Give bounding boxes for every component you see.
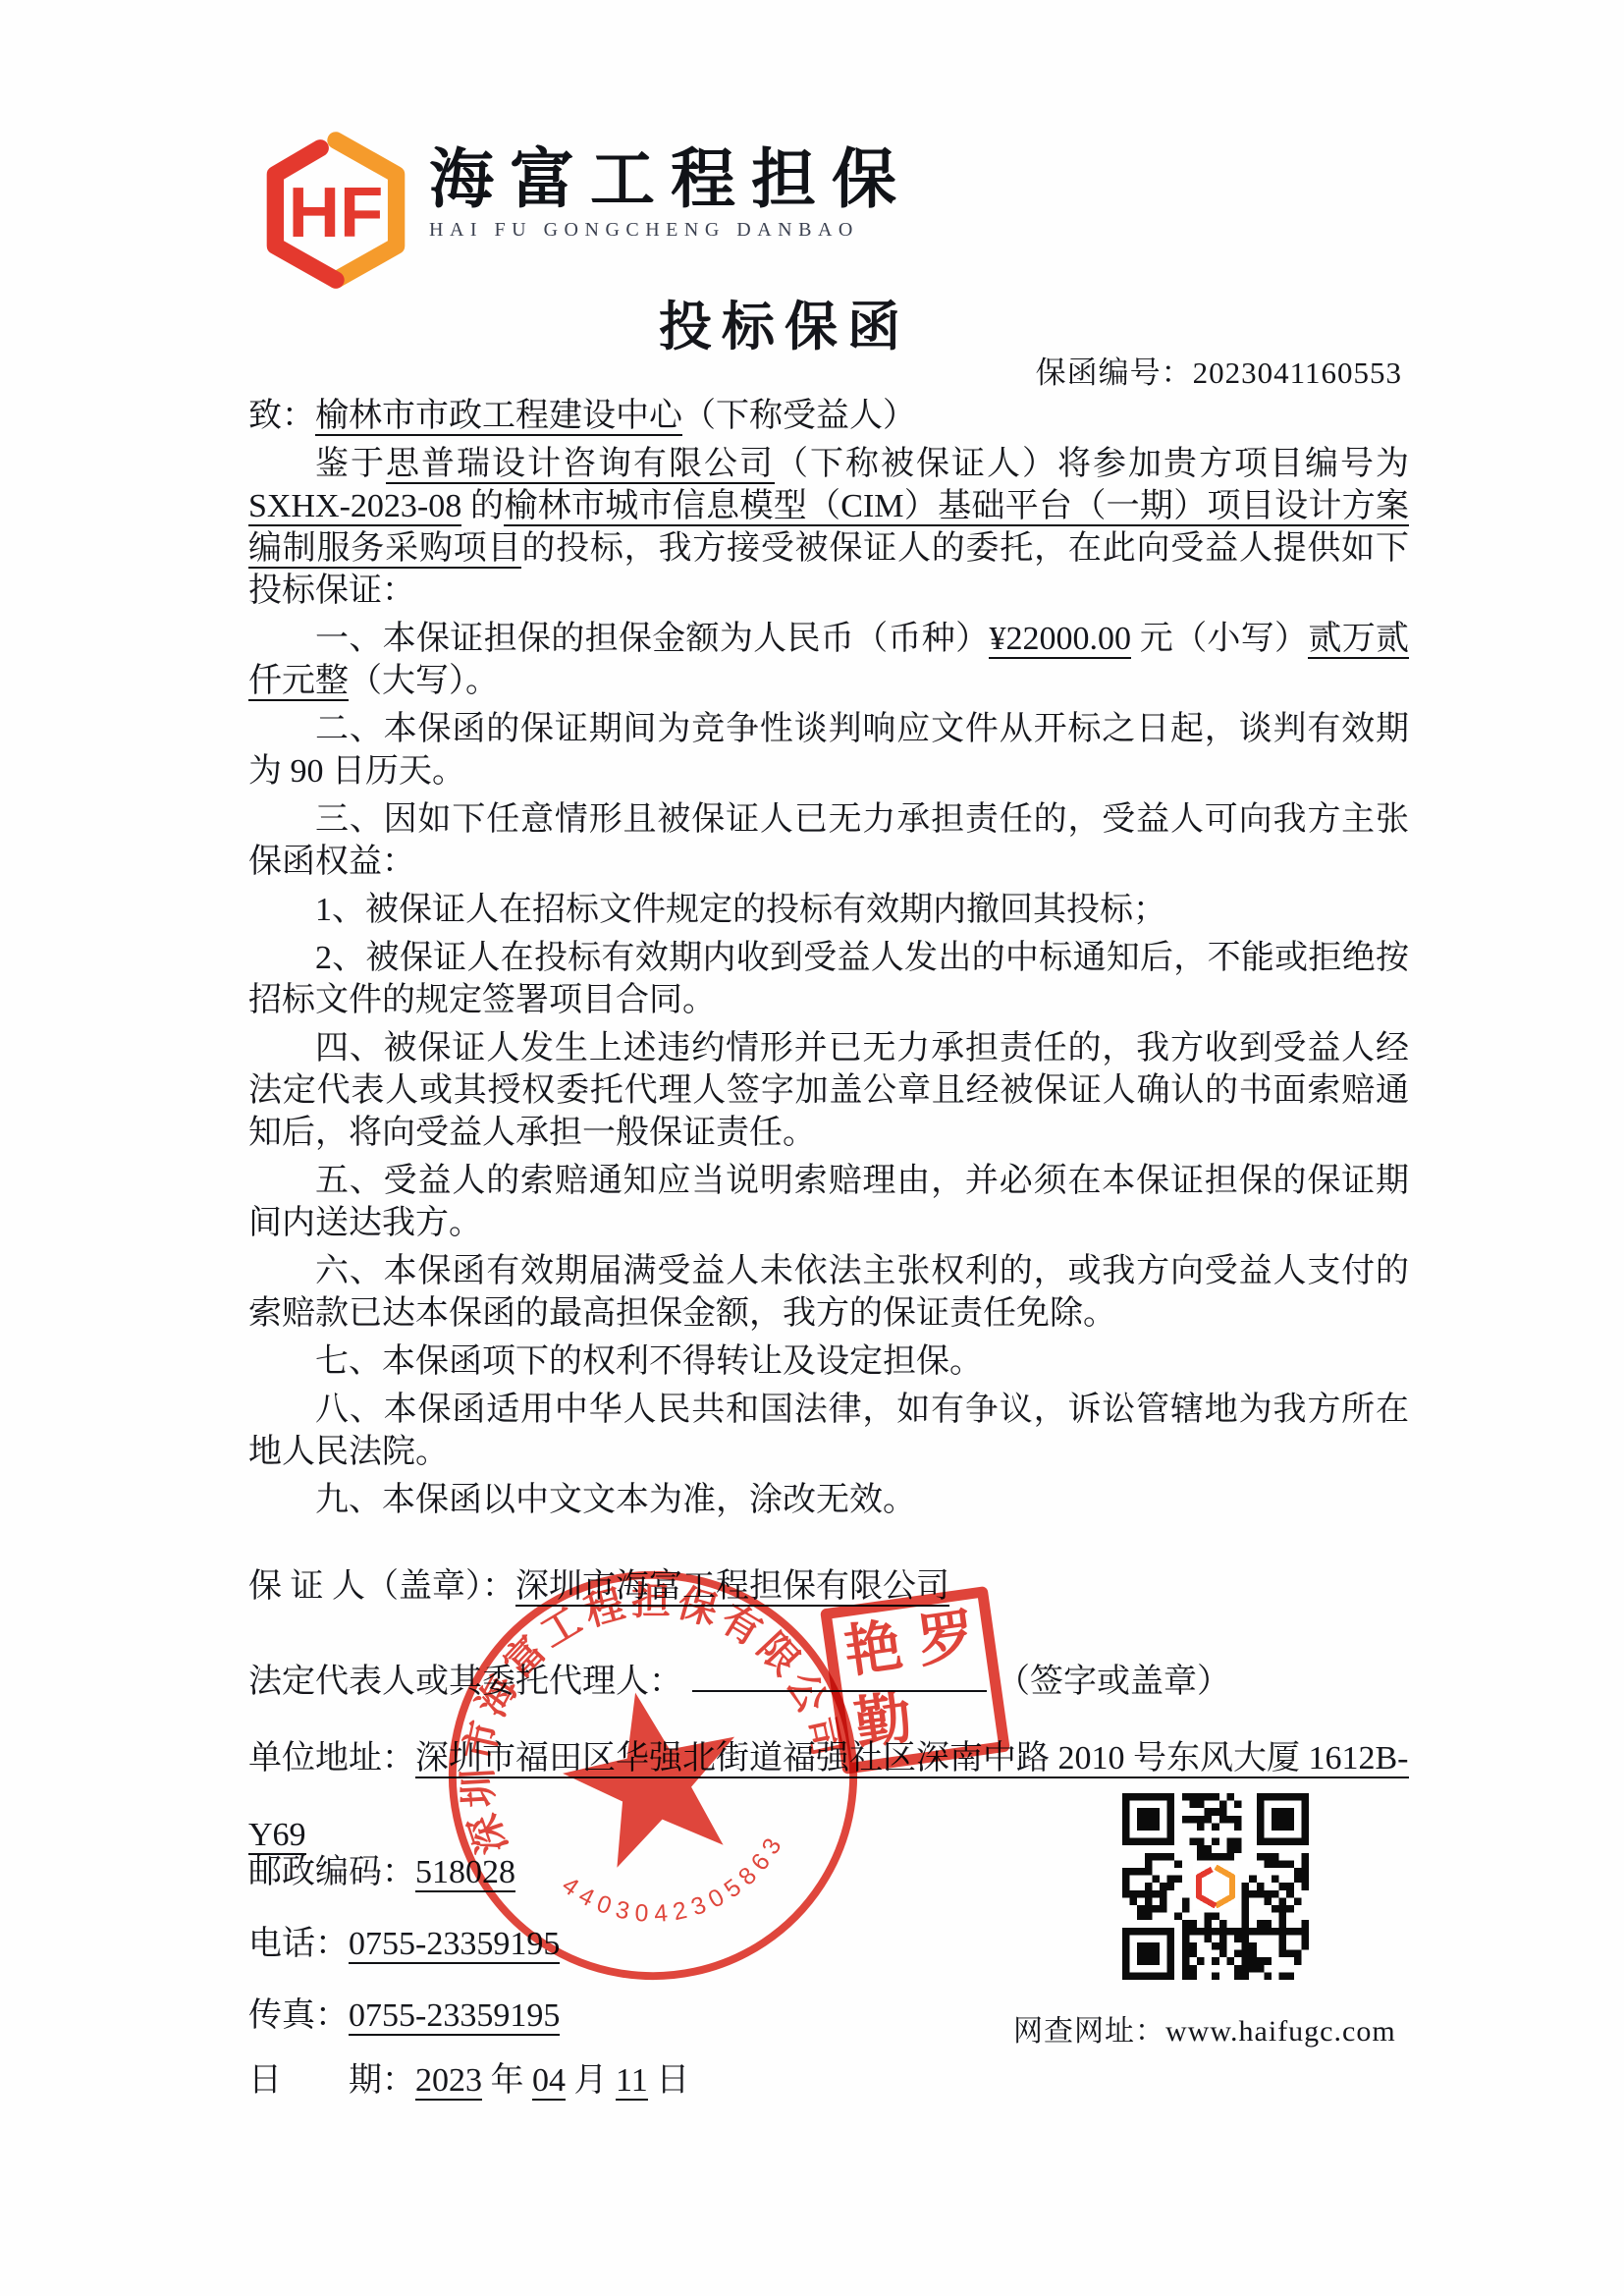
underlined-text: 11 [616, 2062, 648, 2101]
text-run: （签字或盖章） [997, 1664, 1230, 1700]
underlined-text: 518028 [415, 1854, 515, 1892]
text-run: 六、本保函有效期届满受益人未依法主张权利的，或我方向受益人支付的索赔款已达本保函… [248, 1253, 1409, 1332]
signature-blank-line [692, 1657, 987, 1692]
clause-8: 八、本保函适用中华人民共和国法律，如有争议，诉讼管辖地为我方所在地人民法院。 [248, 1389, 1409, 1473]
text-run: 五、受益人的索赔通知应当说明索赔理由，并必须在本保证担保的保证期间内送达我方。 [248, 1163, 1409, 1241]
scanned-guarantee-letter: HF 海富工程担保 HAI FU GONGCHENG DANBAO 投标保函 保… [0, 0, 1624, 2296]
addressee-line: 致：榆林市市政工程建设中心（下称受益人） [248, 395, 1409, 437]
text-run: 年 [482, 2062, 532, 2099]
underlined-text: 04 [532, 2062, 566, 2101]
brand-subtitle: HAI FU GONGCHENG DANBAO [429, 219, 912, 242]
guarantee-number-label: 保函编号： [1036, 355, 1193, 390]
subclause-3-1: 1、被保证人在招标文件规定的投标有效期内撤回其投标； [248, 889, 1409, 931]
text-run: 保 证 人（盖章）： [248, 1568, 515, 1605]
underlined-text: 榆林市市政工程建设中心 [315, 398, 682, 436]
underlined-text: 0755-23359195 [349, 1997, 560, 2036]
clause-5: 五、受益人的索赔通知应当说明索赔理由，并必须在本保证担保的保证期间内送达我方。 [248, 1160, 1409, 1244]
subclause-3-2: 2、被保证人在投标有效期内收到受益人发出的中标通知后，不能或拒绝按招标文件的规定… [248, 937, 1409, 1021]
letter-body: 致：榆林市市政工程建设中心（下称受益人） 鉴于思普瑞设计咨询有限公司（下称被保证… [248, 395, 1409, 1527]
text-run: 九、本保函以中文文本为准，涂改无效。 [315, 1482, 916, 1518]
text-run: 日 期： [248, 2062, 415, 2099]
clause-1: 一、本保证担保的担保金额为人民币（币种）¥22000.00 元（小写）贰万贰仟元… [248, 618, 1409, 702]
text-run: 致： [248, 398, 315, 434]
text-run: 一、本保证担保的担保金额为人民币（币种） [315, 621, 989, 657]
text-run: （大写）。 [349, 663, 499, 699]
clause-3: 三、因如下任意情形且被保证人已无力承担责任的，受益人可向我方主张保函权益： [248, 798, 1409, 883]
text-run: 鉴于 [315, 446, 386, 482]
text-run: 传真： [248, 1997, 349, 2034]
clause-9: 九、本保函以中文文本为准，涂改无效。 [248, 1479, 1409, 1521]
qr-code [1122, 1793, 1309, 1980]
clause-4: 四、被保证人发生上述违约情形并已无力承担责任的，我方收到受益人经法定代表人或其授… [248, 1027, 1409, 1154]
company-logo: HF 海富工程担保 HAI FU GONGCHENG DANBAO [258, 132, 912, 289]
underlined-text: 0755-23359195 [349, 1926, 560, 1964]
text-run: 八、本保函适用中华人民共和国法律，如有争议，诉讼管辖地为我方所在地人民法院。 [248, 1392, 1409, 1470]
text-run: （下称被保证人）将参加贵方项目编号为 [775, 446, 1409, 482]
underlined-text: SXHX-2023-08 [248, 488, 461, 526]
guarantee-number-line: 保函编号：2023041160553 [1036, 348, 1402, 392]
text-run: 2、被保证人在投标有效期内收到受益人发出的中标通知后，不能或拒绝按招标文件的规定… [248, 940, 1409, 1018]
brand-text-block: 海富工程担保 HAI FU GONGCHENG DANBAO [429, 145, 912, 242]
guarantee-number-value: 2023041160553 [1193, 355, 1402, 390]
text-run: 单位地址： [248, 1740, 415, 1777]
legal-rep-line: 法定代表人或其委托代理人：（签字或盖章） [248, 1657, 1409, 1705]
text-run: 1、被保证人在招标文件规定的投标有效期内撤回其投标； [315, 892, 1166, 928]
guarantor-line: 保 证 人（盖章）：深圳市海富工程担保有限公司 [248, 1564, 1409, 1610]
qr-caption: 网查网址：www.haifugc.com [1013, 2006, 1396, 2050]
date-line: 日 期：2023 年 04 月 11 日 [248, 2058, 1409, 2104]
hexagon-logo-icon: HF [258, 132, 413, 289]
clause-2: 二、本保函的保证期间为竞争性谈判响应文件从开标之日起，谈判有效期为 90 日历天… [248, 708, 1409, 793]
clause-7: 七、本保函项下的权利不得转让及设定担保。 [248, 1340, 1409, 1383]
text-run: 法定代表人或其委托代理人： [248, 1664, 682, 1700]
text-run: 七、本保函项下的权利不得转让及设定担保。 [315, 1343, 983, 1380]
clause-6: 六、本保函有效期届满受益人未依法主张权利的，或我方向受益人支付的索赔款已达本保函… [248, 1250, 1409, 1335]
text-run: 的 [461, 488, 504, 524]
text-run: （下称受益人） [682, 398, 916, 434]
qr-center-logo-icon [1193, 1864, 1238, 1909]
text-run: 邮政编码： [248, 1854, 415, 1890]
brand-name: 海富工程担保 [429, 145, 912, 217]
underlined-text: 思普瑞设计咨询有限公司 [386, 446, 775, 484]
underlined-text: 2023 [415, 2062, 482, 2101]
whereas-clause: 鉴于思普瑞设计咨询有限公司（下称被保证人）将参加贵方项目编号为SXHX-2023… [248, 443, 1409, 612]
text-run: 四、被保证人发生上述违约情形并已无力承担责任的，我方收到受益人经法定代表人或其授… [248, 1030, 1409, 1151]
underlined-text: ¥22000.00 [989, 621, 1131, 659]
text-run: 三、因如下任意情形且被保证人已无力承担责任的，受益人可向我方主张保函权益： [248, 801, 1409, 880]
text-run: 月 [566, 2062, 616, 2099]
text-run: 日 [648, 2062, 690, 2099]
text-run: 元（小写） [1131, 621, 1308, 657]
logo-monogram: HF [289, 173, 384, 252]
text-run: 电话： [248, 1926, 349, 1962]
text-run: 二、本保函的保证期间为竞争性谈判响应文件从开标之日起，谈判有效期为 90 日历天… [248, 711, 1409, 790]
underlined-text: 深圳市海富工程担保有限公司 [515, 1568, 949, 1607]
